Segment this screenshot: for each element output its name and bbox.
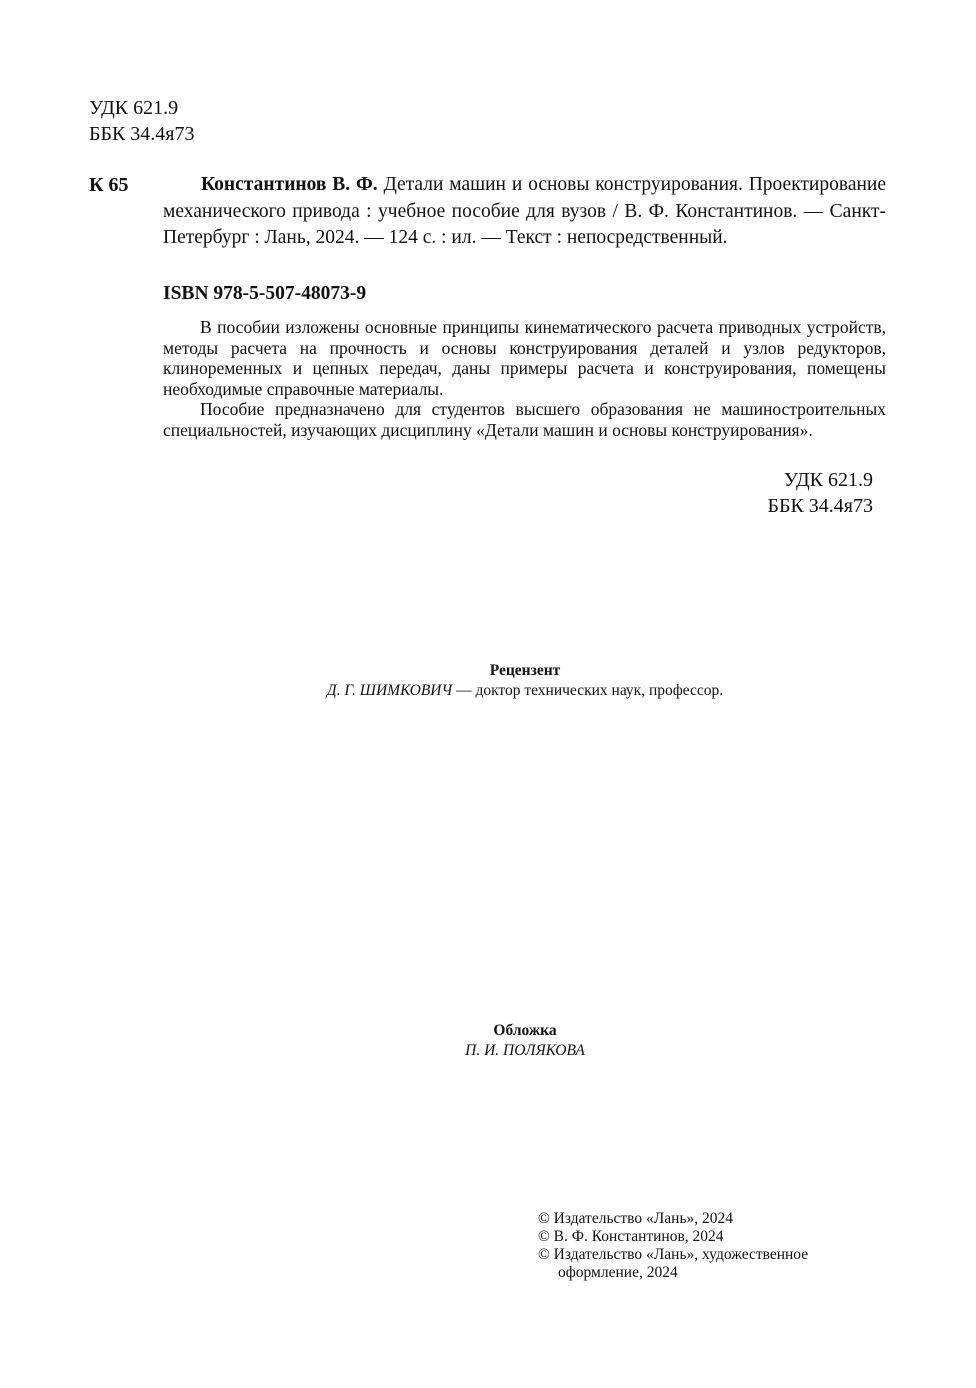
udk-code: УДК 621.9 [89,95,195,121]
reviewer-line: Д. Г. ШИМКОВИЧ — доктор технических наук… [0,681,976,701]
copyright-line: © Издательство «Лань», художественное [538,1246,808,1264]
classification-bottom: УДК 621.9 ББК 34.4я73 [700,467,873,519]
cover-label: Обложка [0,1021,976,1041]
bibliographic-record: Константинов В. Ф. Детали машин и основы… [163,172,886,252]
classification-top: УДК 621.9 ББК 34.4я73 [89,95,195,147]
bbk-code: ББК 34.4я73 [700,493,873,519]
udk-code: УДК 621.9 [700,467,873,493]
annotation: В пособии изложены основные принципы кин… [163,317,886,440]
reviewer-details: — доктор технических наук, профессор. [452,682,723,699]
author-name: Константинов В. Ф. [201,174,378,195]
copyright-block: © Издательство «Лань», 2024 © В. Ф. Конс… [538,1210,808,1282]
bbk-code: ББК 34.4я73 [89,121,195,147]
copyright-line: © В. Ф. Константинов, 2024 [538,1228,808,1246]
isbn: ISBN 978-5-507-48073-9 [163,281,366,307]
copyright-line: © Издательство «Лань», 2024 [538,1210,808,1228]
reviewer-label: Рецензент [0,661,976,681]
author-mark: К 65 [89,172,129,198]
annotation-paragraph: В пособии изложены основные принципы кин… [163,317,886,399]
cover-credit-block: Обложка П. И. ПОЛЯКОВА [0,1021,976,1061]
annotation-paragraph: Пособие предназначено для студентов высш… [163,399,886,440]
reviewer-block: Рецензент Д. Г. ШИМКОВИЧ — доктор технич… [0,661,976,701]
copyright-line: оформление, 2024 [538,1264,808,1282]
reviewer-name: Д. Г. ШИМКОВИЧ [327,682,452,699]
cover-designer-name: П. И. ПОЛЯКОВА [0,1041,976,1061]
